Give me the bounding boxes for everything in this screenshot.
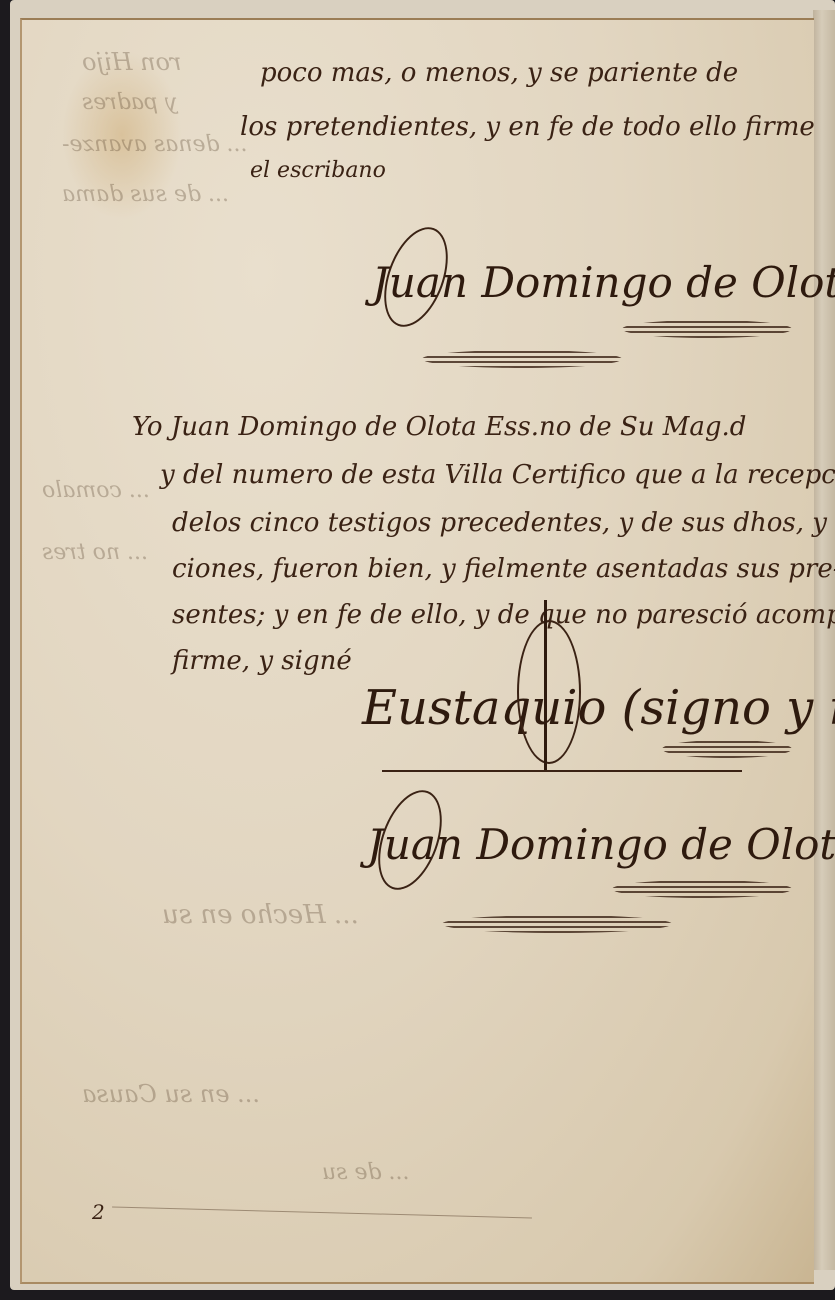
notarial-sign-loop — [517, 620, 581, 764]
page-mark: 2 — [92, 1200, 105, 1224]
bleed-text: ... no tres — [42, 540, 148, 565]
bleed-text: y padres — [82, 90, 178, 115]
text-line: los pretendientes, y en fe de todo ello … — [240, 112, 815, 142]
text-line: delos cinco testigos precedentes, y de s… — [172, 508, 835, 538]
bleed-text: ... Hecho en su — [162, 900, 359, 930]
signature-underline — [382, 770, 742, 772]
bleed-text: ... denas avanze- — [62, 132, 248, 157]
bleed-text: ron Hijo — [82, 48, 182, 76]
text-line: ciones, fueron bien, y fielmente asentad… — [172, 554, 835, 584]
bleed-text: ... de sus dama — [62, 182, 229, 207]
text-line: el escribano — [250, 158, 386, 183]
rule-line — [112, 1207, 532, 1219]
text-line: y del numero de esta Villa Certifico que… — [160, 460, 835, 490]
rubric-hatch — [422, 350, 622, 368]
text-line: sentes; y en fe de ello, y de que no par… — [172, 600, 835, 630]
notarial-sign-mark: Eustaquio (signo y rúbrica) — [362, 680, 835, 736]
text-line: firme, y signé — [172, 646, 352, 676]
text-line: Yo Juan Domingo de Olota Ess.no de Su Ma… — [132, 412, 746, 442]
manuscript-page: ron Hijo y padres ... denas avanze- ... … — [20, 18, 814, 1284]
rubric-hatch — [442, 915, 672, 933]
bleed-text: ... en su Causa — [82, 1080, 260, 1108]
rubric-hatch — [612, 880, 792, 898]
bleed-text: ... comalo — [42, 478, 150, 503]
notarial-sign-cross — [544, 600, 547, 770]
rubric-hatch — [622, 320, 792, 338]
rubric-hatch — [662, 740, 792, 758]
page-edge — [813, 10, 835, 1270]
text-line: poco mas, o menos, y se pariente de — [260, 58, 738, 88]
bleed-text: ... de su — [322, 1160, 410, 1185]
